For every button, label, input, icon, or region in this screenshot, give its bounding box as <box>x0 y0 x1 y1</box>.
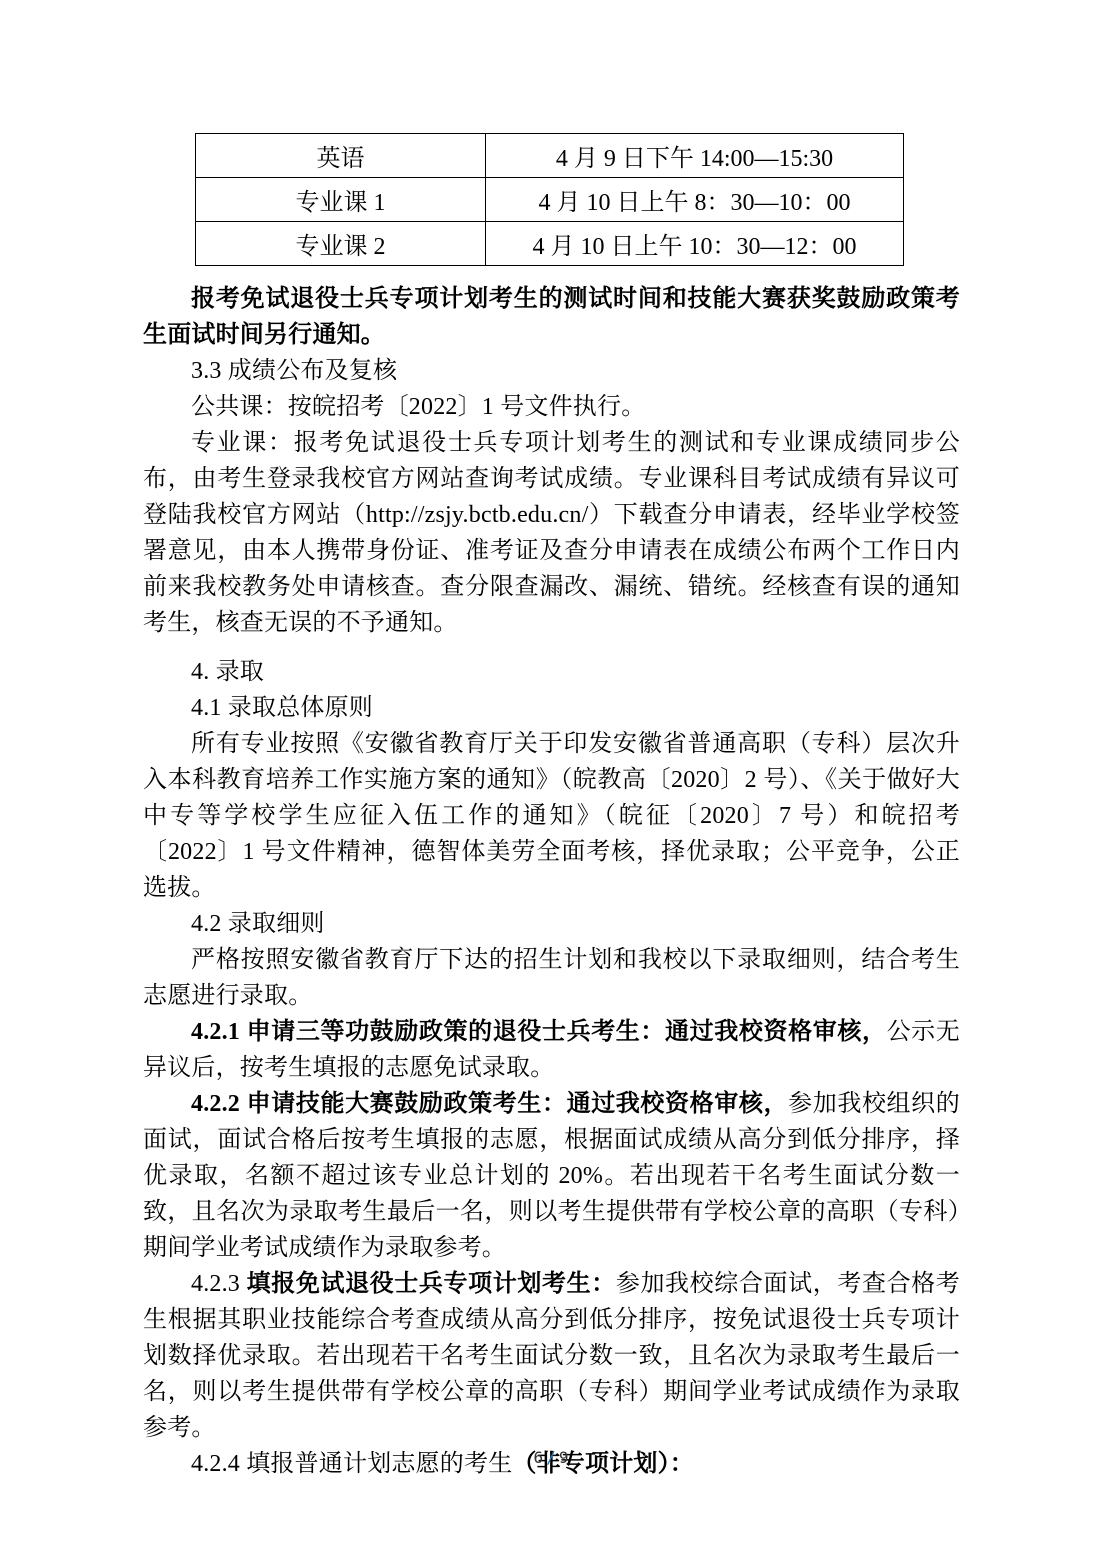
rule-4-2-3-lead: 填报免试退役士兵专项计划考生： <box>247 1271 616 1297</box>
page-number-separator: / <box>543 1448 559 1467</box>
table-row: 英语 4 月 9 日下午 14:00—15:30 <box>196 134 904 178</box>
section-4-2-heading: 4.2 录取细则 <box>143 906 960 942</box>
admission-principle-paragraph: 所有专业按照《安徽省教育厅关于印发安徽省普通高职（专科）层次升入本科教育培养工作… <box>143 726 960 906</box>
page-number-total: 9 <box>559 1448 569 1467</box>
subject-cell: 专业课 1 <box>196 178 486 222</box>
table-row: 专业课 1 4 月 10 日上午 8：30—10：00 <box>196 178 904 222</box>
subject-cell: 专业课 2 <box>196 222 486 266</box>
section-4-heading: 4. 录取 <box>143 654 960 690</box>
rule-4-2-1-paragraph: 4.2.1 申请三等功鼓励政策的退役士兵考生：通过我校资格审核，公示无异议后，按… <box>143 1014 960 1086</box>
section-4-1-heading: 4.1 录取总体原则 <box>143 690 960 726</box>
rule-4-2-2-lead: 4.2.2 申请技能大赛鼓励政策考生：通过我校资格审核， <box>191 1091 788 1117</box>
major-course-paragraph: 专业课：报考免试退役士兵专项计划考生的测试和专业课成绩同步公布，由考生登录我校官… <box>143 425 960 641</box>
document-content: 英语 4 月 9 日下午 14:00—15:30 专业课 1 4 月 10 日上… <box>143 133 960 1482</box>
time-cell: 4 月 9 日下午 14:00—15:30 <box>486 134 904 178</box>
admission-rules-intro-paragraph: 严格按照安徽省教育厅下达的招生计划和我校以下录取细则，结合考生志愿进行录取。 <box>143 942 960 1014</box>
rule-4-2-3-number: 4.2.3 <box>191 1271 247 1297</box>
time-cell: 4 月 10 日上午 10：30—12：00 <box>486 222 904 266</box>
body-text: 报考免试退役士兵专项计划考生的测试时间和技能大赛获奖鼓励政策考生面试时间另行通知… <box>143 281 960 1482</box>
table-row: 专业课 2 4 月 10 日上午 10：30—12：00 <box>196 222 904 266</box>
page-number-footer: 6/9 <box>0 1448 1102 1467</box>
subject-cell: 英语 <box>196 134 486 178</box>
rule-4-2-2-paragraph: 4.2.2 申请技能大赛鼓励政策考生：通过我校资格审核，参加我校组织的面试，面试… <box>143 1086 960 1266</box>
public-course-paragraph: 公共课：按皖招考〔2022〕1 号文件执行。 <box>143 389 960 425</box>
page-number-current: 6 <box>534 1448 544 1467</box>
section-3-3-heading: 3.3 成绩公布及复核 <box>143 353 960 389</box>
rule-4-2-3-paragraph: 4.2.3 填报免试退役士兵专项计划考生：参加我校综合面试，考查合格考生根据其职… <box>143 1266 960 1446</box>
time-cell: 4 月 10 日上午 8：30—10：00 <box>486 178 904 222</box>
rule-4-2-1-lead: 4.2.1 申请三等功鼓励政策的退役士兵考生：通过我校资格审核， <box>191 1019 887 1045</box>
exam-schedule-table: 英语 4 月 9 日下午 14:00—15:30 专业课 1 4 月 10 日上… <box>195 133 904 266</box>
notice-paragraph: 报考免试退役士兵专项计划考生的测试时间和技能大赛获奖鼓励政策考生面试时间另行通知… <box>143 281 960 353</box>
document-page: 英语 4 月 9 日下午 14:00—15:30 专业课 1 4 月 10 日上… <box>0 0 1102 1559</box>
